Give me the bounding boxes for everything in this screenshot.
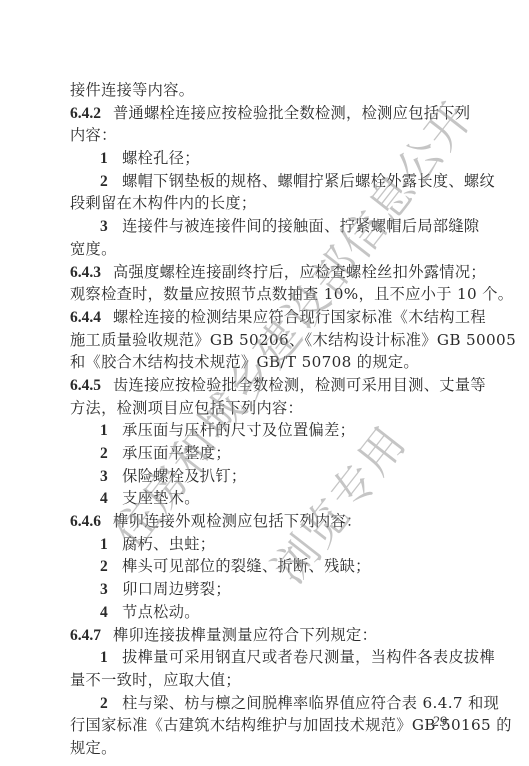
line-text: 螺帽下钢垫板的规格、螺帽拧紧后螺栓外露长度、螺纹: [122, 172, 495, 190]
clause-number: 6.4.7: [70, 627, 101, 644]
line-text: 螺栓孔径；: [122, 149, 200, 167]
line-text: 腐朽、虫蛀；: [122, 535, 215, 553]
list-item: 2承压面平整度；: [70, 442, 462, 465]
list-item: 4支座垫木。: [70, 487, 462, 510]
text-line: 方法，检测项目应包括下列内容：: [70, 397, 462, 420]
item-number: 1: [100, 422, 108, 439]
line-text: 榫头可见部位的裂缝、折断、残缺；: [122, 557, 371, 575]
list-item: 3保险螺栓及扒钉；: [70, 465, 462, 488]
item-number: 4: [100, 604, 108, 621]
clause-line: 6.4.5齿连接应按检验批全数检测，检测可采用目测、丈量等: [70, 374, 462, 397]
text-line: 施工质量验收规范》GB 50206、《木结构设计标准》GB 50005: [70, 329, 462, 352]
line-text: 观察检查时，数量应按照节点数抽查 10%，且不应小于 10 个。: [70, 285, 513, 303]
list-item: 2柱与梁、枋与檩之间脱榫率临界值应符合表 6.4.7 和现: [70, 692, 462, 715]
text-line: 段剩留在木构件内的长度；: [70, 192, 462, 215]
text-line: 观察检查时，数量应按照节点数抽查 10%，且不应小于 10 个。: [70, 283, 462, 306]
line-text: 榫卯连接拔榫量测量应符合下列规定：: [113, 626, 377, 644]
list-item: 3卯口周边劈裂；: [70, 578, 462, 601]
line-text: 量不一致时，应取大值；: [70, 671, 241, 689]
line-text: 柱与梁、枋与檩之间脱榫率临界值应符合表 6.4.7 和现: [122, 694, 499, 712]
list-item: 1拔榫量可采用钢直尺或者卷尺测量，当构件各表皮拔榫: [70, 646, 462, 669]
line-text: 承压面平整度；: [122, 444, 231, 462]
page-number: 29: [432, 714, 447, 731]
text-line: 行国家标准《古建筑木结构维护与加固技术规范》GB 50165 的: [70, 714, 462, 737]
text-line: 和《胶合木结构技术规范》GB/T 50708 的规定。: [70, 351, 462, 374]
list-item: 1腐朽、虫蛀；: [70, 533, 462, 556]
clause-number: 6.4.2: [70, 105, 101, 122]
clause-line: 6.4.7榫卯连接拔榫量测量应符合下列规定：: [70, 624, 462, 647]
item-number: 3: [100, 468, 108, 485]
item-number: 2: [100, 558, 108, 575]
list-item: 2榫头可见部位的裂缝、折断、残缺；: [70, 555, 462, 578]
clause-line: 6.4.2普通螺栓连接应按检验批全数检测，检测应包括下列: [70, 102, 462, 125]
line-text: 螺栓连接的检测结果应符合现行国家标准《木结构工程: [113, 308, 486, 326]
page-body: 接件连接等内容。6.4.2普通螺栓连接应按检验批全数检测，检测应包括下列内容：1…: [70, 79, 462, 760]
text-line: 规定。: [70, 737, 462, 760]
clause-number: 6.4.4: [70, 309, 101, 326]
item-number: 3: [100, 218, 108, 235]
line-text: 卯口周边劈裂；: [122, 580, 231, 598]
list-item: 2螺帽下钢垫板的规格、螺帽拧紧后螺栓外露长度、螺纹: [70, 170, 462, 193]
item-number: 1: [100, 150, 108, 167]
line-text: 拔榫量可采用钢直尺或者卷尺测量，当构件各表皮拔榫: [122, 648, 495, 666]
list-item: 4节点松动。: [70, 601, 462, 624]
clause-number: 6.4.3: [70, 264, 101, 281]
item-number: 1: [100, 649, 108, 666]
text-line: 接件连接等内容。: [70, 79, 462, 102]
item-number: 2: [100, 695, 108, 712]
line-text: 保险螺栓及扒钉；: [122, 467, 246, 485]
line-text: 高强度螺栓连接副终拧后，应检查螺栓丝扣外露情况；: [113, 263, 486, 281]
line-text: 榫卯连接外观检测应包括下列内容：: [113, 512, 362, 530]
line-text: 宽度。: [70, 240, 117, 258]
line-text: 普通螺栓连接应按检验批全数检测，检测应包括下列: [113, 104, 470, 122]
list-item: 1承压面与压杆的尺寸及位置偏差；: [70, 419, 462, 442]
list-item: 1螺栓孔径；: [70, 147, 462, 170]
line-text: 承压面与压杆的尺寸及位置偏差；: [122, 421, 355, 439]
line-text: 支座垫木。: [122, 489, 200, 507]
document-page: 接件连接等内容。6.4.2普通螺栓连接应按检验批全数检测，检测应包括下列内容：1…: [0, 0, 529, 766]
clause-line: 6.4.6榫卯连接外观检测应包括下列内容：: [70, 510, 462, 533]
list-item: 3连接件与被连接件间的接触面、拧紧螺帽后局部缝隙: [70, 215, 462, 238]
clause-number: 6.4.6: [70, 513, 101, 530]
item-number: 4: [100, 490, 108, 507]
clause-line: 6.4.3高强度螺栓连接副终拧后，应检查螺栓丝扣外露情况；: [70, 261, 462, 284]
line-text: 节点松动。: [122, 603, 200, 621]
item-number: 3: [100, 581, 108, 598]
text-line: 宽度。: [70, 238, 462, 261]
line-text: 连接件与被连接件间的接触面、拧紧螺帽后局部缝隙: [122, 217, 479, 235]
line-text: 齿连接应按检验批全数检测，检测可采用目测、丈量等: [113, 376, 486, 394]
line-text: 段剩留在木构件内的长度；: [70, 194, 256, 212]
text-line: 内容：: [70, 124, 462, 147]
clause-line: 6.4.4螺栓连接的检测结果应符合现行国家标准《木结构工程: [70, 306, 462, 329]
item-number: 2: [100, 173, 108, 190]
item-number: 1: [100, 536, 108, 553]
line-text: 和《胶合木结构技术规范》GB/T 50708 的规定。: [70, 353, 419, 371]
line-text: 方法，检测项目应包括下列内容：: [70, 399, 303, 417]
line-text: 内容：: [70, 126, 117, 144]
clause-number: 6.4.5: [70, 377, 101, 394]
item-number: 2: [100, 445, 108, 462]
text-line: 量不一致时，应取大值；: [70, 669, 462, 692]
line-text: 施工质量验收规范》GB 50206、《木结构设计标准》GB 50005: [70, 331, 516, 349]
line-text: 接件连接等内容。: [70, 81, 194, 99]
line-text: 规定。: [70, 739, 117, 757]
